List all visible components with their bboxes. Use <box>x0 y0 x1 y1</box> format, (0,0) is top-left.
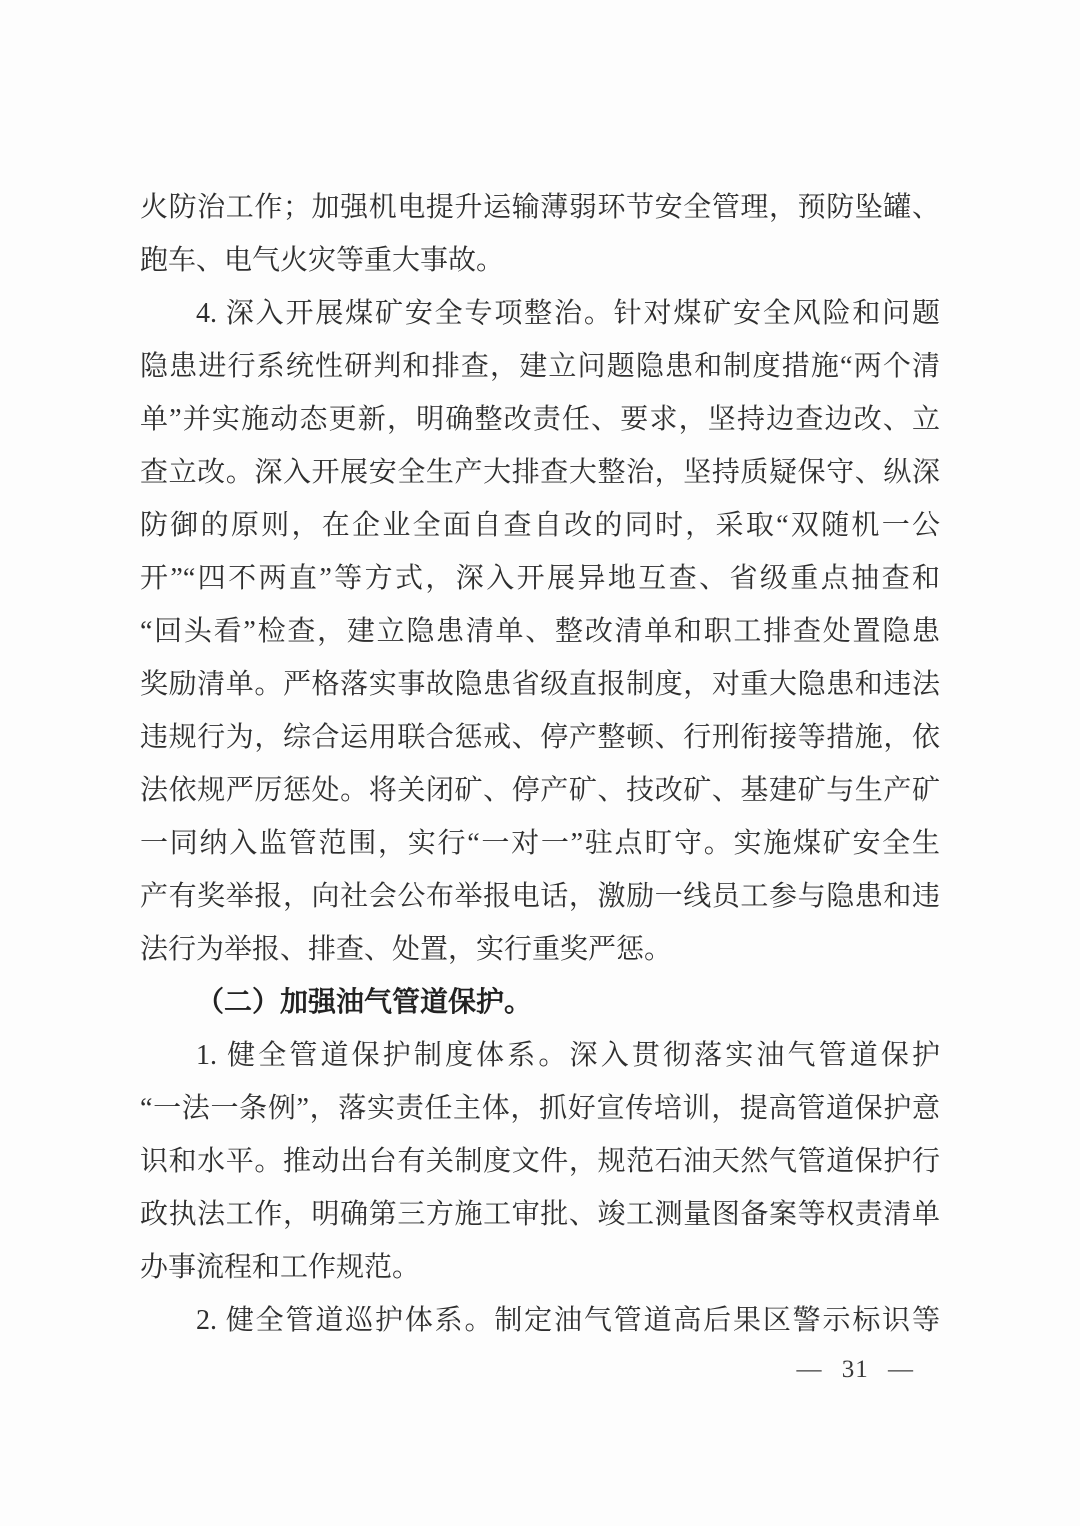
text-line: 火防治工作；加强机电提升运输薄弱环节安全管理，预防坠罐、 <box>140 181 940 234</box>
section-heading: （二）加强油气管道保护。 <box>140 976 940 1029</box>
text-line: 1. 健全管道保护制度体系。深入贯彻落实油气管道保护 <box>140 1029 940 1082</box>
text-line: 2. 健全管道巡护体系。制定油气管道高后果区警示标识等 <box>140 1294 940 1347</box>
text-line: 开”“四不两直”等方式，深入开展异地互查、省级重点抽查和 <box>140 552 940 605</box>
text-line: 政执法工作，明确第三方施工审批、竣工测量图备案等权责清单 <box>140 1188 940 1241</box>
text-line: 单”并实施动态更新，明确整改责任、要求，坚持边查边改、立 <box>140 393 940 446</box>
text-line: 产有奖举报，向社会公布举报电话，激励一线员工参与隐患和违 <box>140 870 940 923</box>
document-body: 火防治工作；加强机电提升运输薄弱环节安全管理，预防坠罐、跑车、电气火灾等重大事故… <box>140 181 940 1347</box>
document-page: 火防治工作；加强机电提升运输薄弱环节安全管理，预防坠罐、跑车、电气火灾等重大事故… <box>0 0 1080 1526</box>
text-line: 办事流程和工作规范。 <box>140 1241 940 1294</box>
text-line: “回头看”检查，建立隐患清单、整改清单和职工排查处置隐患 <box>140 605 940 658</box>
text-line: 法依规严厉惩处。将关闭矿、停产矿、技改矿、基建矿与生产矿 <box>140 764 940 817</box>
text-line: 跑车、电气火灾等重大事故。 <box>140 234 940 287</box>
text-line: 违规行为，综合运用联合惩戒、停产整顿、行刑衔接等措施，依 <box>140 711 940 764</box>
text-line: 防御的原则，在企业全面自查自改的同时，采取“双随机一公 <box>140 499 940 552</box>
text-line: “一法一条例”，落实责任主体，抓好宣传培训，提高管道保护意 <box>140 1082 940 1135</box>
text-line: 一同纳入监管范围，实行“一对一”驻点盯守。实施煤矿安全生 <box>140 817 940 870</box>
text-line: 隐患进行系统性研判和排查，建立问题隐患和制度措施“两个清 <box>140 340 940 393</box>
text-line: 查立改。深入开展安全生产大排查大整治，坚持质疑保守、纵深 <box>140 446 940 499</box>
text-line: 法行为举报、排查、处置，实行重奖严惩。 <box>140 923 940 976</box>
text-line: 4. 深入开展煤矿安全专项整治。针对煤矿安全风险和问题 <box>140 287 940 340</box>
page-footer: — 31 — <box>797 1356 915 1384</box>
text-line: 识和水平。推动出台有关制度文件，规范石油天然气管道保护行 <box>140 1135 940 1188</box>
text-line: 奖励清单。严格落实事故隐患省级直报制度，对重大隐患和违法 <box>140 658 940 711</box>
page-number-label: — 31 — <box>797 1356 915 1383</box>
